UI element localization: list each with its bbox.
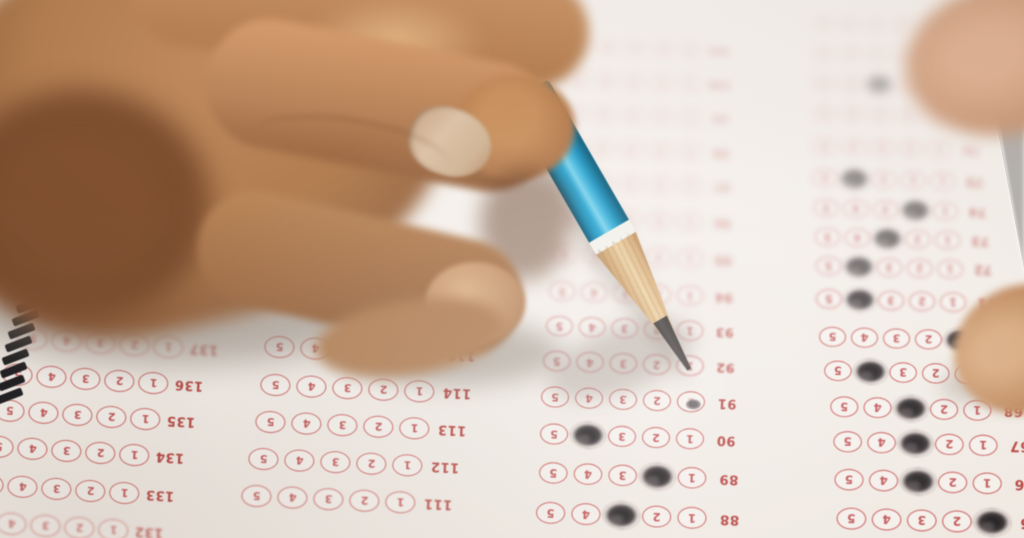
- answer-bubble: 5: [812, 74, 836, 92]
- answer-bubble: 3: [619, 140, 644, 159]
- answer-bubble: 1: [972, 472, 1002, 494]
- answer-bubble: 2: [646, 211, 672, 231]
- answer-bubble-filled: [602, 500, 641, 530]
- question-number: 75: [961, 175, 987, 189]
- answer-bubble: 5: [819, 327, 847, 348]
- answer-bubble: 2: [647, 175, 672, 194]
- answer-bubble: 4: [581, 282, 608, 303]
- answer-bubble: 4: [839, 45, 862, 62]
- question-number: 100: [708, 78, 732, 91]
- answer-row: 901235: [540, 423, 741, 451]
- answer-bubble: 2: [372, 340, 403, 363]
- answer-bubble: 1: [676, 428, 705, 450]
- answer-bubble: 1: [677, 506, 707, 529]
- answer-bubble: 5: [812, 15, 835, 32]
- answer-bubble: 2: [642, 427, 671, 449]
- answer-bubble: 2: [64, 516, 95, 538]
- answer-bubble: 2: [922, 363, 950, 384]
- answer-row: 891345: [539, 462, 744, 491]
- answer-bubble: 5: [264, 335, 295, 358]
- question-number: 66: [1009, 476, 1024, 493]
- answer-bubble: 4: [300, 337, 331, 360]
- answer-bubble: 5: [569, 37, 592, 55]
- answer-bubble: 4: [867, 432, 896, 454]
- question-number: 133: [145, 487, 175, 504]
- answer-bubble: 1: [940, 292, 967, 312]
- answer-bubble: 1: [119, 443, 150, 467]
- answer-bubble: 4: [871, 508, 901, 531]
- answer-bubble: 4: [277, 486, 308, 509]
- answer-bubble: 5: [834, 469, 864, 491]
- answer-bubble: 5: [0, 435, 14, 459]
- answer-bubble: 3: [327, 414, 358, 437]
- answer-bubble: 5: [836, 507, 866, 530]
- question-number: 136: [174, 377, 204, 394]
- answer-bubble: 4: [869, 469, 899, 491]
- answer-bubble-filled: [638, 462, 677, 492]
- answer-bubble: 2: [938, 471, 968, 493]
- question-number: 73: [967, 234, 994, 249]
- answer-bubble: 3: [878, 291, 905, 311]
- answer-bubble-filled: [898, 467, 937, 497]
- answer-bubble: 3: [624, 39, 647, 57]
- answer-bubble-filled: [842, 254, 877, 280]
- answer-bubble: 5: [816, 289, 843, 309]
- answer-bubble: 3: [907, 509, 937, 532]
- answer-bubble: 5: [812, 169, 837, 188]
- question-number: 111: [423, 496, 452, 512]
- answer-bubble: 4: [840, 75, 864, 93]
- answer-row: 7612345: [812, 137, 983, 159]
- answer-bubble: 3: [608, 425, 637, 447]
- answer-bubble: 3: [313, 488, 344, 511]
- answer-bubble: 4: [597, 38, 620, 56]
- answer-row: 751235: [812, 169, 987, 192]
- answer-bubble: 4: [284, 449, 315, 472]
- question-number: 74: [964, 205, 990, 220]
- question-number: 112: [430, 459, 459, 475]
- answer-row: 741345: [813, 198, 990, 221]
- answer-bubble: 5: [543, 350, 571, 372]
- answer-bubble: 5: [812, 137, 837, 156]
- answer-bubble-filled: [899, 198, 933, 223]
- answer-row: 9112345: [541, 386, 742, 414]
- answer-bubble-filled: [870, 226, 904, 252]
- answer-bubble: 2: [907, 259, 933, 279]
- answer-bubble: 2: [905, 230, 931, 249]
- answer-bubble: 4: [851, 327, 879, 348]
- answer-row: 11512345: [264, 335, 475, 366]
- answer-row: 13412345: [0, 435, 185, 469]
- answer-bubble: 4: [592, 105, 616, 123]
- answer-bubble: 1: [399, 417, 430, 440]
- question-number: 88: [715, 511, 745, 528]
- answer-bubble: 1: [937, 259, 963, 279]
- answer-bubble: 4: [578, 317, 606, 338]
- question-number: 132: [134, 524, 164, 538]
- answer-bubble: 1: [678, 142, 703, 161]
- bubble-rows-layer: 1371234513612345135123451341234513312345…: [0, 0, 1024, 538]
- answer-row: 10012345: [566, 71, 731, 94]
- answer-row: 11112345: [241, 484, 452, 515]
- answer-row: 881245: [536, 501, 745, 530]
- answer-bubble: 5: [566, 71, 590, 89]
- answer-bubble: 3: [336, 339, 367, 362]
- answer-row: 13212345: [0, 510, 164, 538]
- answer-bubble: 3: [866, 46, 889, 63]
- question-number: 134: [155, 449, 185, 466]
- answer-bubble-filled: [892, 394, 930, 422]
- answer-bubble: 5: [260, 373, 291, 396]
- answer-bubble: 2: [901, 171, 926, 190]
- answer-row: 9912345: [564, 104, 733, 127]
- answer-bubble: 5: [546, 316, 574, 337]
- answer-bubble-filled: [896, 429, 934, 458]
- answer-bubble: 4: [575, 387, 604, 409]
- answer-bubble: 3: [609, 388, 638, 410]
- answer-bubble: 3: [41, 477, 72, 501]
- answer-bubble: 5: [536, 501, 566, 524]
- answer-bubble: 4: [843, 199, 869, 218]
- answer-bubble: 2: [643, 390, 672, 412]
- question-number: 94: [710, 289, 737, 304]
- answer-bubble: 4: [863, 397, 892, 419]
- answer-bubble: 5: [816, 256, 842, 276]
- answer-bubble: 1: [930, 172, 955, 191]
- answer-bubble: 1: [969, 434, 998, 456]
- question-number: 67: [1005, 438, 1024, 455]
- answer-bubble: 2: [897, 106, 921, 124]
- question-number: 137: [189, 341, 219, 358]
- answer-bubble: 2: [942, 510, 972, 533]
- answer-bubble: 1: [677, 176, 702, 195]
- answer-bubble: 3: [871, 170, 896, 189]
- answer-bubble: 2: [349, 489, 380, 512]
- question-number: 99: [708, 112, 732, 125]
- answer-bubble: 4: [841, 138, 866, 157]
- question-number: 76: [958, 143, 984, 157]
- answer-bubble: 4: [28, 401, 59, 425]
- answer-bubble: 2: [891, 17, 914, 34]
- question-number: 113: [437, 422, 466, 438]
- answer-bubble: 5: [255, 410, 286, 433]
- answer-bubble: 5: [824, 360, 852, 381]
- answer-bubble: 3: [320, 451, 351, 474]
- question-number: 95: [710, 252, 736, 267]
- answer-bubble: 1: [677, 467, 706, 489]
- answer-row: 731245: [814, 227, 993, 250]
- answer-bubble: 5: [541, 386, 570, 408]
- question-number: 96: [710, 216, 736, 230]
- question-number: 97: [709, 180, 734, 194]
- answer-bubble: 1: [404, 380, 435, 403]
- answer-row: 652345: [836, 507, 1024, 534]
- answer-row: 11312345: [255, 410, 466, 441]
- answer-bubble: 5: [552, 244, 578, 264]
- answer-row: 11212345: [248, 447, 459, 478]
- answer-bubble: 3: [51, 439, 82, 463]
- answer-bubble: 2: [909, 291, 936, 311]
- answer-bubble: 2: [642, 505, 672, 528]
- answer-bubble: 4: [576, 351, 604, 373]
- answer-bubble: 2: [104, 369, 135, 393]
- answer-bubble: 2: [899, 139, 924, 158]
- answer-row: 721235: [816, 256, 997, 280]
- answer-bubble: 2: [649, 107, 673, 125]
- answer-bubble: 4: [7, 475, 38, 499]
- answer-bubble: 1: [927, 140, 952, 159]
- answer-bubble: 1: [392, 454, 423, 477]
- question-number: 90: [712, 432, 741, 448]
- answer-row: 11412345: [260, 373, 471, 404]
- answer-bubble: 5: [248, 447, 279, 470]
- answer-bubble: 1: [138, 371, 169, 395]
- question-number: 91: [713, 395, 742, 411]
- answer-bubble: 2: [368, 378, 399, 401]
- answer-bubble: 1: [932, 202, 958, 221]
- answer-bubble: 3: [876, 258, 902, 278]
- answer-bubble: 5: [812, 104, 836, 122]
- answer-bubble: 4: [296, 375, 327, 398]
- answer-bubble: 5: [549, 281, 576, 302]
- answer-bubble: 2: [915, 329, 943, 350]
- answer-bubble: 2: [363, 415, 394, 438]
- answer-bubble: 1: [677, 249, 703, 269]
- answer-bubble-filled: [569, 421, 607, 450]
- answer-bubble: 1: [385, 491, 416, 514]
- answer-bubble: 1: [130, 407, 161, 431]
- answer-bubble: 2: [96, 405, 127, 429]
- answer-bubble: 2: [651, 40, 674, 58]
- answer-bubble: 3: [621, 106, 645, 124]
- answer-bubble: 1: [935, 230, 961, 249]
- answer-bubble: 4: [845, 228, 871, 247]
- answer-bubble: 3: [870, 138, 895, 157]
- answer-bubble: 3: [609, 353, 637, 375]
- answer-bubble: 1: [678, 41, 701, 59]
- answer-bubble: 3: [85, 331, 116, 355]
- question-number: 115: [446, 347, 475, 363]
- answer-bubble: 3: [332, 377, 363, 400]
- answer-bubble: 3: [889, 362, 917, 383]
- answer-bubble: 4: [573, 463, 602, 485]
- answer-bubble: 4: [838, 15, 861, 32]
- answer-bubble: 1: [109, 481, 140, 505]
- answer-bubble: 5: [812, 45, 835, 62]
- answer-bubble: 4: [17, 437, 48, 461]
- question-number: 101: [707, 44, 730, 57]
- answer-bubble: 4: [0, 512, 27, 536]
- answer-bubble: 2: [356, 452, 387, 475]
- answer-row: 13712345: [17, 327, 219, 361]
- answer-bubble: 5: [833, 431, 862, 453]
- answer-bubble: 3: [868, 105, 892, 123]
- answer-bubble-filled: [838, 166, 871, 191]
- answer-bubble: 4: [51, 329, 82, 353]
- question-number: 89: [714, 471, 743, 487]
- answer-row: 13312345: [0, 473, 175, 507]
- answer-bubble: 4: [571, 503, 601, 526]
- question-number: 135: [166, 413, 196, 430]
- answer-row: 13512345: [0, 399, 196, 433]
- answer-bubble: 3: [30, 514, 61, 538]
- answer-row: 661245: [834, 469, 1024, 496]
- answer-bubble: 2: [930, 399, 959, 421]
- answer-bubble: 2: [119, 333, 150, 357]
- question-number: 72: [969, 263, 996, 278]
- answer-bubble: 3: [873, 200, 899, 219]
- answer-bubble: 5: [0, 473, 4, 497]
- answer-bubble: 1: [677, 391, 706, 413]
- answer-row: 671245: [833, 431, 1024, 457]
- answer-bubble: 3: [608, 464, 637, 486]
- answer-bubble: 2: [75, 479, 106, 503]
- answer-bubble: 2: [650, 73, 674, 91]
- answer-bubble: 3: [883, 328, 911, 349]
- answer-bubble-filled: [842, 286, 877, 313]
- answer-bubble: 5: [540, 423, 569, 445]
- answer-bubble: 1: [153, 335, 184, 359]
- answer-bubble-filled: [972, 507, 1012, 537]
- answer-bubble: 2: [935, 433, 964, 455]
- answer-bubble: 3: [864, 16, 887, 33]
- answer-bubble: 1: [408, 342, 439, 365]
- answer-bubble: 4: [36, 365, 67, 389]
- answer-bubble: 3: [622, 72, 646, 90]
- answer-bubble: 5: [814, 227, 840, 246]
- answer-bubble: 5: [241, 484, 272, 507]
- answer-row: 10112345: [569, 37, 730, 59]
- answer-bubble: 4: [291, 412, 322, 435]
- answer-bubble: 2: [85, 441, 116, 465]
- answer-bubble: 4: [840, 105, 864, 123]
- answer-row: 13612345: [2, 363, 204, 397]
- answer-bubble: 5: [539, 462, 568, 484]
- answer-bubble-filled: [863, 73, 894, 96]
- answer-bubble: 2: [648, 141, 673, 160]
- answer-bubble: 5: [830, 396, 859, 418]
- answer-bubble: 3: [62, 403, 93, 427]
- answer-bubble: 3: [70, 367, 101, 391]
- answer-bubble: 1: [98, 518, 129, 538]
- photo-answer-sheet-scene: 1371234513612345135123451341234513312345…: [0, 0, 1024, 538]
- answer-bubble: 1: [677, 212, 703, 232]
- answer-bubble: 4: [594, 71, 618, 89]
- answer-bubble: 1: [678, 108, 702, 126]
- answer-bubble: 3: [618, 174, 643, 193]
- answer-bubble-filled: [852, 358, 889, 386]
- answer-bubble: 5: [813, 198, 839, 217]
- question-number: 98: [709, 146, 734, 160]
- question-number: 65: [1014, 515, 1024, 532]
- question-number: 114: [442, 385, 471, 401]
- question-number: 93: [711, 324, 738, 339]
- answer-bubble: 1: [678, 74, 702, 92]
